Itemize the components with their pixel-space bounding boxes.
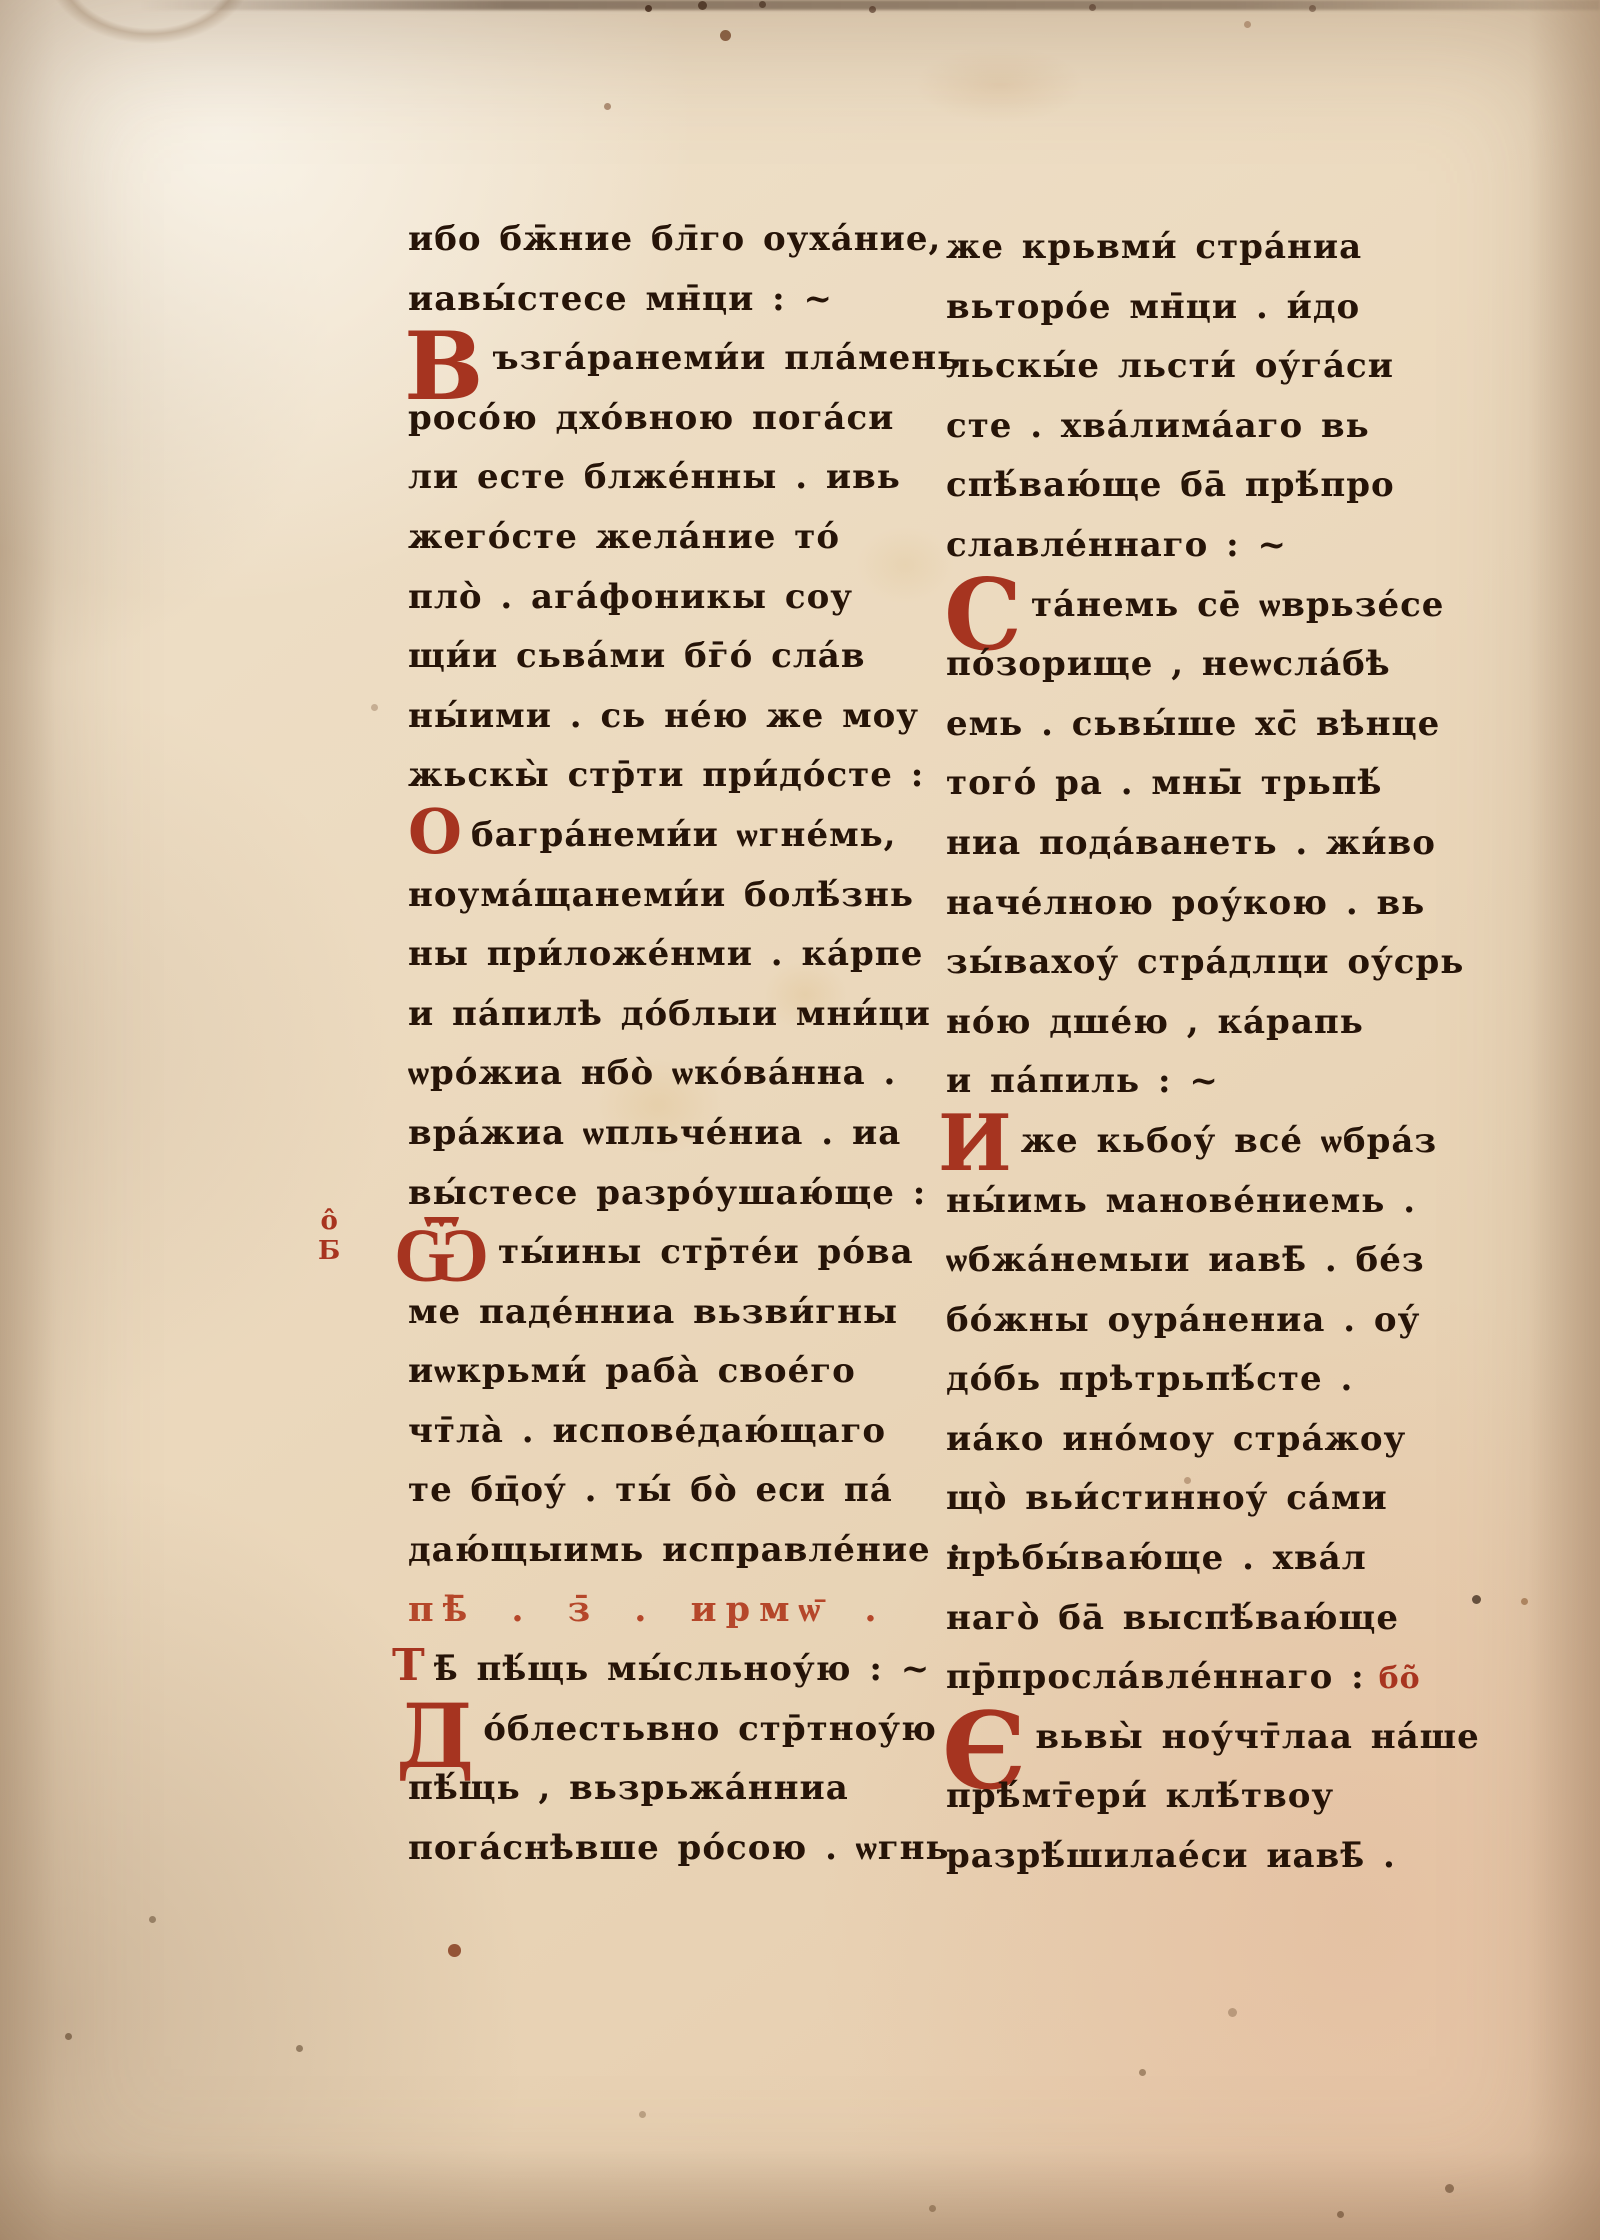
text-line: иѡкрьми́ раба̀ свое́го <box>408 1344 918 1404</box>
text-line: того́ ра . мны̄ трьпѣ́ <box>946 756 1456 816</box>
text-line: но́ю дше́ю , ка́рапь <box>946 995 1456 1055</box>
line-text: пѣ́щь , вьзрьжа́нниа <box>408 1768 849 1808</box>
line-text: чт̄ла̀ . испове́даю́щаго <box>408 1411 886 1451</box>
text-line: льскы́е льсти́ оу́га́си <box>946 339 1456 399</box>
line-text: щи́и сьва́ми бг̄о́ сла́в <box>408 636 865 676</box>
text-line: бо́жны оура́нениа . оу́ <box>946 1293 1456 1353</box>
text-line: ѡро́жиа нбо̀ ѡко́ва́нна . <box>408 1046 918 1106</box>
line-text: иѡкрьми́ раба̀ свое́го <box>408 1351 856 1391</box>
text-line: Обагра́неми́и ѡгне́мь, <box>408 808 918 868</box>
drop-cap-initial: И <box>938 1114 1013 1175</box>
text-line: ли есте блже́нны . ивь <box>408 450 918 510</box>
line-text: ибо бж̄ние бл̄го оуха́ние, <box>408 219 941 259</box>
line-text: ѡро́жиа нбо̀ ѡко́ва́нна . <box>408 1053 896 1093</box>
line-text: росо́ю дхо́вною пога́си <box>408 398 894 438</box>
line-text: пѣ̄ . з̄ . ирмѡ̄ . <box>408 1589 886 1630</box>
text-line: иа́ко ино́моу стра́жоу <box>946 1412 1456 1472</box>
margin-note-left-bottom: Б <box>318 1236 340 1266</box>
line-text: но́ю дше́ю , ка́рапь <box>946 1002 1364 1042</box>
line-text: же кьбоу́ все́ ѡбра́з <box>1021 1121 1437 1161</box>
margin-note-left-top: о̂ <box>318 1206 340 1236</box>
margin-note-left: о̂ Б <box>318 1206 340 1266</box>
line-text: ѣ̄ пѣ́щь мы́сльноу́ю : ~ <box>434 1649 931 1689</box>
line-text: та́немь се̄ ѡврьзе́се <box>1031 585 1444 625</box>
text-line: емь . сьвы́ше хс̄ вѣнце <box>946 697 1456 757</box>
text-line: ны при́ложе́нми . ка́рпе <box>408 927 918 987</box>
text-column-right: же крьвми́ стра́ниавьторо́е мн̄ци . и́до… <box>946 220 1456 1889</box>
text-line: вьторо́е мн̄ци . и́до <box>946 280 1456 340</box>
text-line: наго̀ ба̄ выспѣ́ваю́ще <box>946 1591 1456 1651</box>
text-line: и па́пилѣ до́блыи мни́ци . <box>408 987 918 1047</box>
text-line: Ѿты́ины стр̄те́и ро́ва <box>408 1225 918 1285</box>
text-line: прѣ́мт̄ери́ клѣ́твоу <box>946 1769 1456 1829</box>
text-line: до́бь прѣтрьпѣ́сте . <box>946 1352 1456 1412</box>
text-line: Иже кьбоу́ все́ ѡбра́з <box>946 1114 1456 1174</box>
text-line: пога́снѣвше ро́сою . ѡгнь <box>408 1821 918 1881</box>
line-text: вра́жиа ѡпльче́ниа . иа <box>408 1113 901 1153</box>
text-line: спѣ́ваю́ще ба̄ прѣ́про <box>946 458 1456 518</box>
text-line: ибо бж̄ние бл̄го оуха́ние, <box>408 212 918 272</box>
parchment-speckles <box>0 0 5 5</box>
text-column-left: ибо бж̄ние бл̄го оуха́ние,иавы́стесе мн̄… <box>408 212 918 1881</box>
text-line: те бц̄оу́ . ты́ бо̀ еси па́ <box>408 1463 918 1523</box>
line-text: ъзга́ранеми́и пла́мень <box>492 338 961 378</box>
line-text: иа́ко ино́моу стра́жоу <box>946 1419 1406 1459</box>
line-text: льскы́е льсти́ оу́га́си <box>946 346 1394 386</box>
line-text: же крьвми́ стра́ниа <box>946 227 1362 267</box>
line-text: жего́сте жела́ние то́ <box>408 517 840 557</box>
text-line: наче́лною роу́кою . вь <box>946 876 1456 936</box>
drop-cap-initial: О <box>408 808 463 856</box>
text-line: жего́сте жела́ние то́ <box>408 510 918 570</box>
line-text: ны́ими . сь не́ю же моу <box>408 696 919 736</box>
line-text: прѣ́мт̄ери́ клѣ́твоу <box>946 1776 1334 1816</box>
text-line: ны́имь манове́ниемь . <box>946 1174 1456 1234</box>
text-line: щи́и сьва́ми бг̄о́ сла́в <box>408 629 918 689</box>
line-text: ѡбжа́немыи иавѣ̄ . бе́з <box>946 1240 1425 1280</box>
line-text: того́ ра . мны̄ трьпѣ́ <box>946 763 1382 803</box>
line-text: ме паде́нниа вьзви́гны <box>408 1292 898 1332</box>
page-top-edge-shadow <box>140 0 1600 10</box>
line-text: по́зорище , неѡсла́бѣ <box>946 644 1391 684</box>
line-text: ты́ины стр̄те́и ро́ва <box>498 1232 914 1272</box>
drop-cap-initial: Ѿ <box>394 1225 490 1284</box>
line-text: вы́стесе разро́ушаю́ще : <box>408 1173 926 1213</box>
line-text: наго̀ ба̄ выспѣ́ваю́ще <box>946 1598 1399 1638</box>
line-text: ны при́ложе́нми . ка́рпе <box>408 934 923 974</box>
text-line: же крьвми́ стра́ниа <box>946 220 1456 280</box>
line-text: багра́неми́и ѡгне́мь, <box>471 815 897 855</box>
rubric-line: пѣ̄ . з̄ . ирмѡ̄ . <box>408 1583 918 1643</box>
text-line: що̀ вьи́стинноу́ са́ми <box>946 1471 1456 1531</box>
line-text: те бц̄оу́ . ты́ бо̀ еси па́ <box>408 1470 893 1510</box>
line-text: вьвы̀ ноу́чт̄лаа на́ше <box>1035 1717 1479 1757</box>
line-text: спѣ́ваю́ще ба̄ прѣ́про <box>946 465 1395 505</box>
line-text: жьскы̀ стр̄ти при́до́сте : <box>408 755 924 795</box>
line-text: пога́снѣвше ро́сою . ѡгнь <box>408 1828 950 1868</box>
line-text: вьторо́е мн̄ци . и́до <box>946 287 1360 327</box>
text-line: До́блестьвно стр̄тноу́ю <box>408 1702 918 1762</box>
text-line: Възга́ранеми́и пла́мень <box>408 331 918 391</box>
line-text: зы́вахоу́ стра́длци оу́срь <box>946 942 1464 982</box>
line-text: що̀ вьи́стинноу́ са́ми <box>946 1478 1388 1518</box>
text-line: Тѣ̄ пѣ́щь мы́сльноу́ю : ~ <box>408 1642 918 1702</box>
drop-cap-initial: Д <box>396 1702 475 1771</box>
text-line: Ста́немь се̄ ѡврьзе́се <box>946 578 1456 638</box>
text-line: ниа пода́ванеть . жи́во <box>946 816 1456 876</box>
text-line: даю́щыимь исправле́ние : <box>408 1523 918 1583</box>
text-line: прѣбы́ваю́ще . хва́л <box>946 1531 1456 1591</box>
text-line: разрѣ́шилае́си иавѣ̄ . <box>946 1829 1456 1889</box>
text-line: ноума́щанеми́и болѣ́знь <box>408 868 918 928</box>
text-line: по́зорище , неѡсла́бѣ <box>946 637 1456 697</box>
text-line: росо́ю дхо́вною пога́си <box>408 391 918 451</box>
text-line: чт̄ла̀ . испове́даю́щаго <box>408 1404 918 1464</box>
line-text: и па́пилѣ до́блыи мни́ци . <box>408 994 962 1034</box>
text-line: иавы́стесе мн̄ци : ~ <box>408 272 918 332</box>
text-line: Євьвы̀ ноу́чт̄лаа на́ше <box>946 1710 1456 1770</box>
text-line: ны́ими . сь не́ю же моу <box>408 689 918 749</box>
line-text: ниа пода́ванеть . жи́во <box>946 823 1436 863</box>
line-text: бо́жны оура́нениа . оу́ <box>946 1300 1420 1340</box>
line-text: наче́лною роу́кою . вь <box>946 883 1425 923</box>
text-line: жьскы̀ стр̄ти при́до́сте : <box>408 748 918 808</box>
line-text: и па́пиль : ~ <box>946 1061 1219 1101</box>
text-line: ѡбжа́немыи иавѣ̄ . бе́з <box>946 1233 1456 1293</box>
text-line: сте . хва́лима́аго вь <box>946 399 1456 459</box>
text-line: пѣ́щь , вьзрьжа́нниа <box>408 1761 918 1821</box>
line-text: сте . хва́лима́аго вь <box>946 406 1370 446</box>
line-text: пло̀ . ага́фоникы соу <box>408 577 853 617</box>
text-line: пло̀ . ага́фоникы соу <box>408 570 918 630</box>
line-text: прѣбы́ваю́ще . хва́л <box>946 1538 1367 1578</box>
line-text: разрѣ́шилае́си иавѣ̄ . <box>946 1836 1396 1876</box>
manuscript-page: ибо бж̄ние бл̄го оуха́ние,иавы́стесе мн̄… <box>0 0 1600 2240</box>
line-text: ны́имь манове́ниемь . <box>946 1181 1416 1221</box>
line-text: емь . сьвы́ше хс̄ вѣнце <box>946 704 1440 744</box>
text-line: зы́вахоу́ стра́длци оу́срь <box>946 935 1456 995</box>
line-text: даю́щыимь исправле́ние : <box>408 1530 962 1570</box>
text-line: и па́пиль : ~ <box>946 1054 1456 1114</box>
margin-note-right: бо̃ <box>1379 1661 1421 1696</box>
line-text: ли есте блже́нны . ивь <box>408 457 901 497</box>
line-text: до́бь прѣтрьпѣ́сте . <box>946 1359 1353 1399</box>
text-line: вра́жиа ѡпльче́ниа . иа <box>408 1106 918 1166</box>
text-line: ме паде́нниа вьзви́гны <box>408 1285 918 1345</box>
line-text: ноума́щанеми́и болѣ́знь <box>408 875 914 915</box>
line-text: о́блестьвно стр̄тноу́ю <box>483 1709 937 1749</box>
